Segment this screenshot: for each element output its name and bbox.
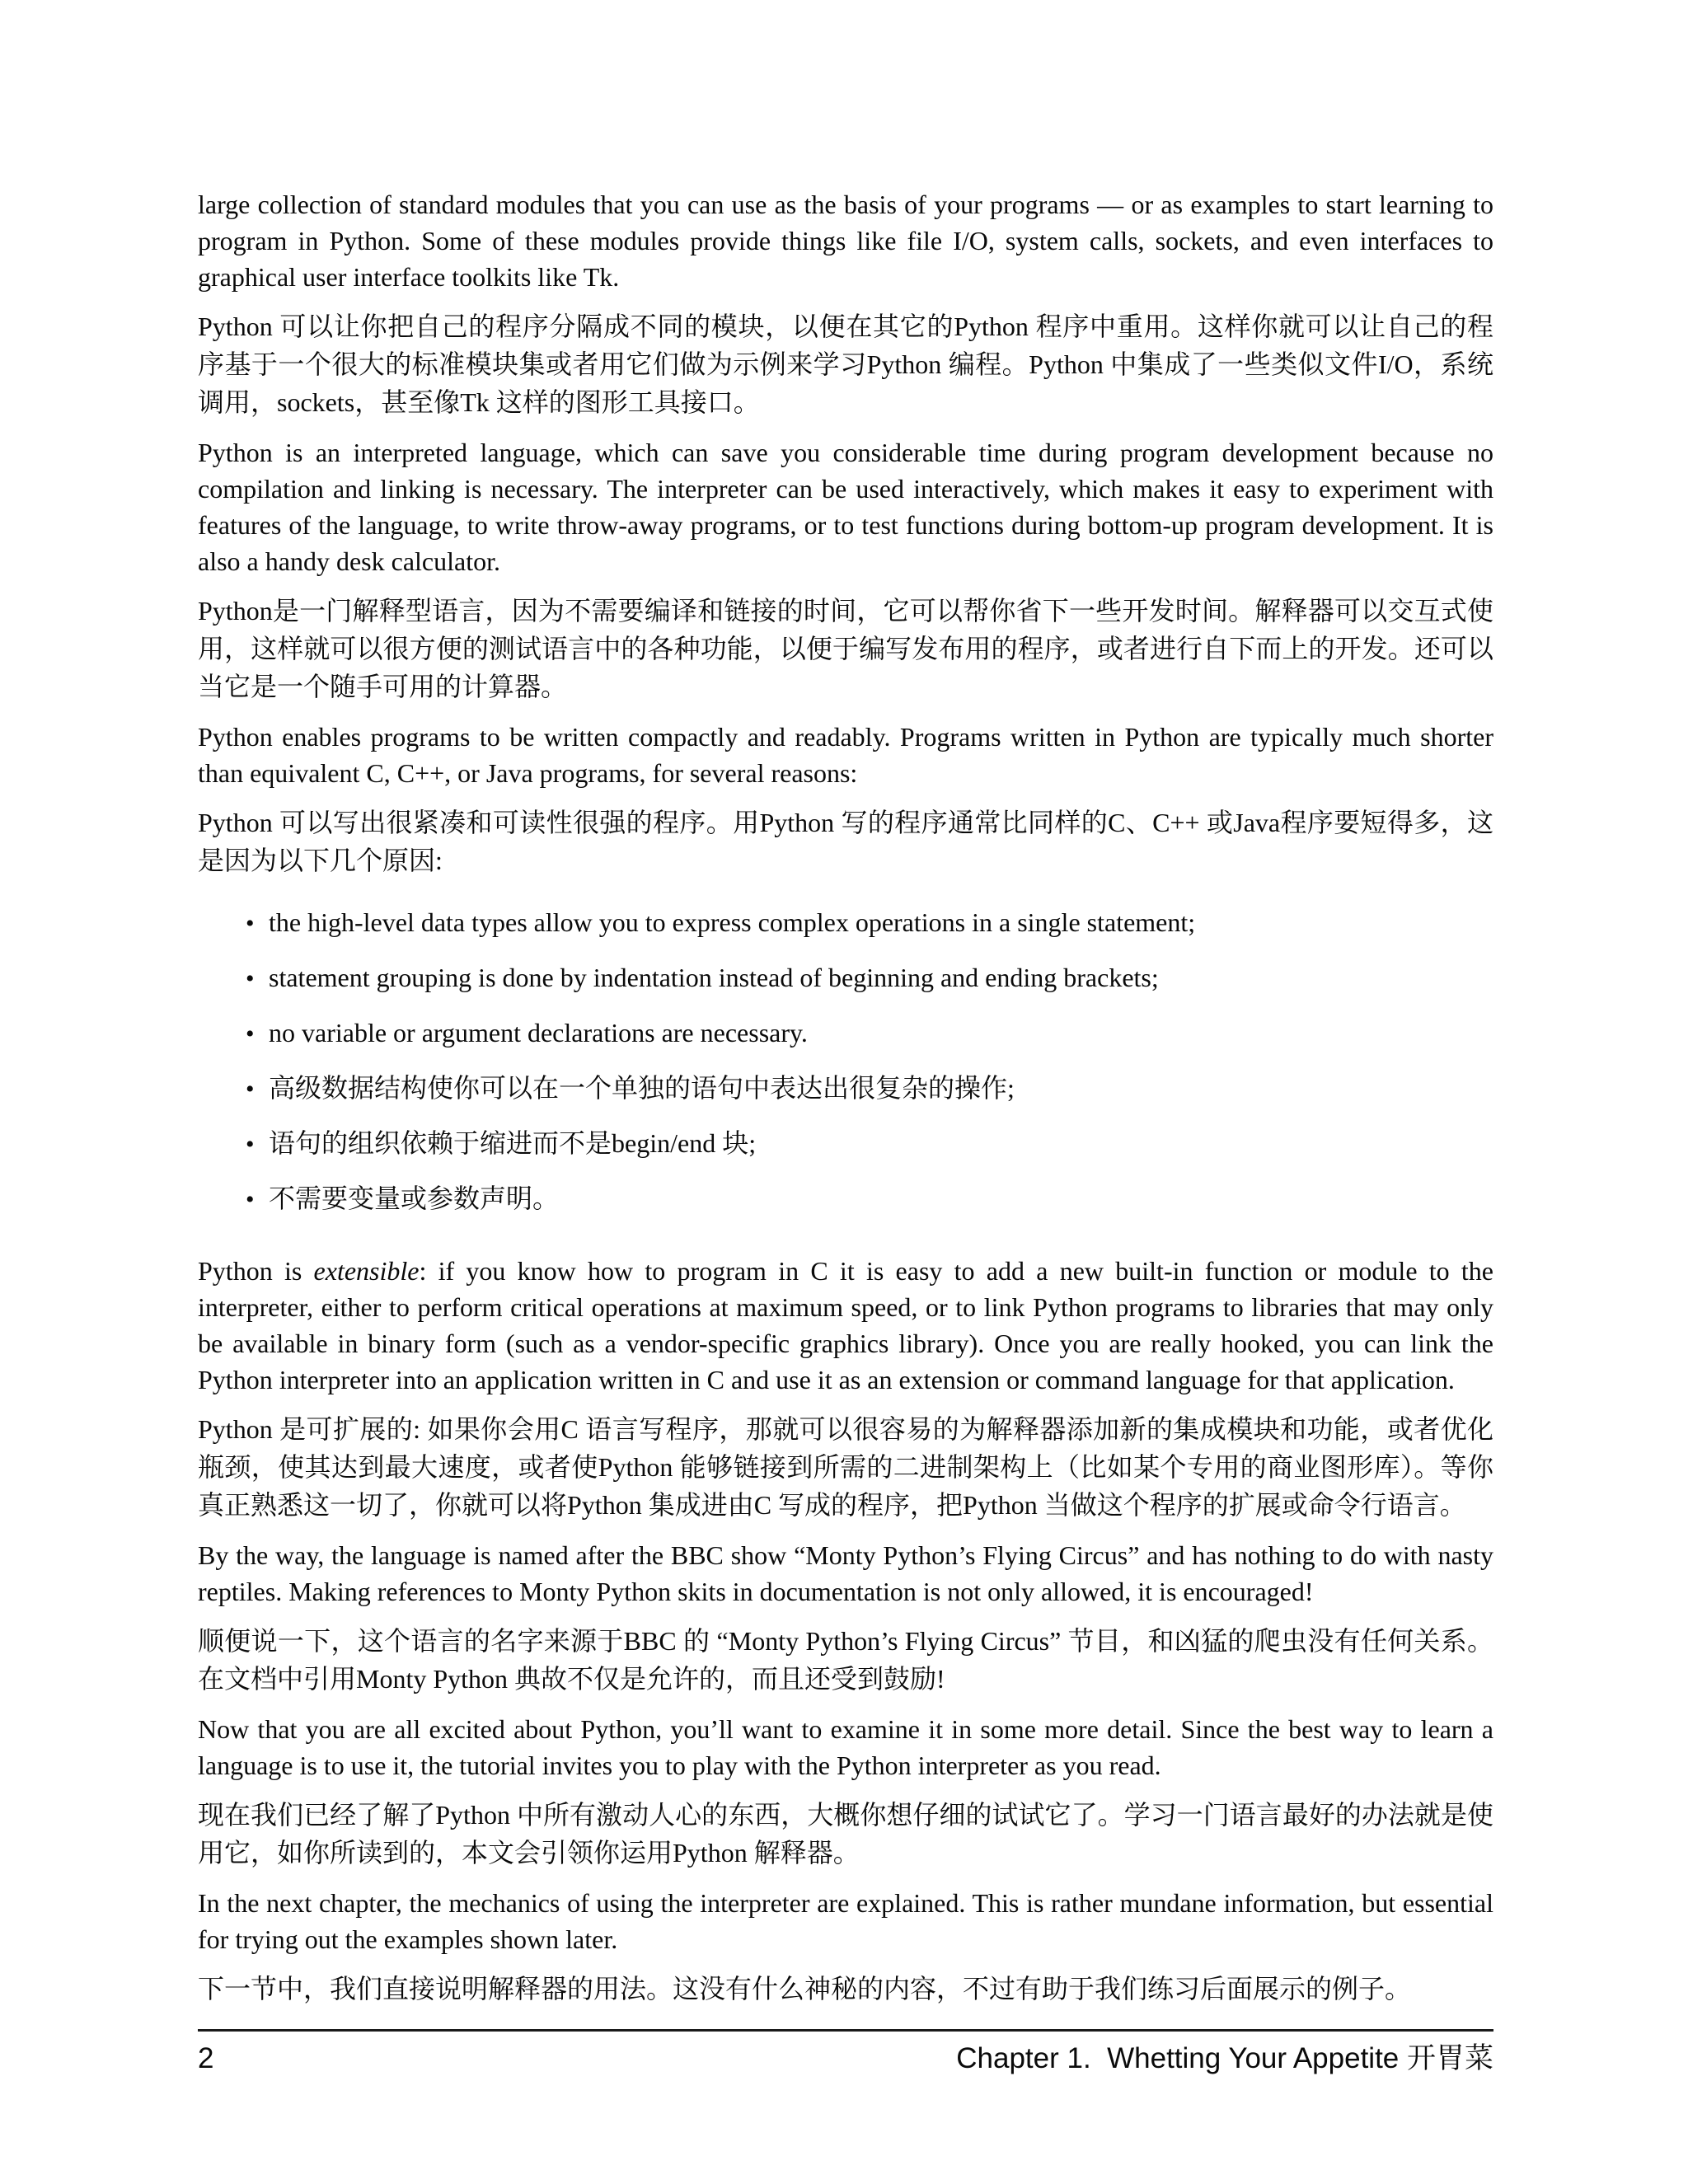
list-item: • 高级数据结构使你可以在一个单独的语句中表达出很复杂的操作; (198, 1070, 1493, 1108)
footer-chapter-title: Chapter 1. Whetting Your Appetite 开胃菜 (956, 2042, 1493, 2075)
list-item: • 不需要变量或参数声明。 (198, 1180, 1493, 1218)
list-item: • 语句的组织依赖于缩进而不是begin/end 块; (198, 1125, 1493, 1163)
list-item-text: 高级数据结构使你可以在一个单独的语句中表达出很复杂的操作; (269, 1070, 1015, 1106)
paragraph-stdlib-zh: Python 可以让你把自己的程序分隔成不同的模块，以便在其它的Python 程… (198, 307, 1493, 421)
paragraph-interpreted-zh: Python是一门解释型语言，因为不需要编译和链接的时间，它可以帮你省下一些开发… (198, 592, 1493, 705)
paragraph-bbc-en: By the way, the language is named after … (198, 1537, 1493, 1610)
list-item-text: 不需要变量或参数声明。 (269, 1180, 559, 1216)
document-page: large collection of standard modules tha… (0, 0, 1688, 2184)
footer-divider (198, 2029, 1493, 2032)
list-item: • no variable or argument declarations a… (198, 1015, 1493, 1052)
list-item: • the high-level data types allow you to… (198, 904, 1493, 942)
bullet-icon: • (246, 906, 269, 942)
list-item-text: statement grouping is done by indentatio… (269, 959, 1159, 996)
paragraph-compact-zh: Python 可以写出很紧凑和可读性很强的程序。用Python 写的程序通常比同… (198, 804, 1493, 879)
page-body: large collection of standard modules tha… (198, 186, 1493, 2021)
bullet-icon: • (246, 961, 269, 997)
paragraph-stdlib-en: large collection of standard modules tha… (198, 186, 1493, 295)
list-item-text: 语句的组织依赖于缩进而不是begin/end 块; (269, 1125, 756, 1161)
paragraph-excited-zh: 现在我们已经了解了Python 中所有激动人心的东西，大概你想仔细的试试它了。学… (198, 1796, 1493, 1872)
paragraph-interpreted-en: Python is an interpreted language, which… (198, 434, 1493, 579)
paragraph-extensible-en: Python is extensible: if you know how to… (198, 1253, 1493, 1398)
reasons-list: • the high-level data types allow you to… (198, 904, 1493, 1218)
bullet-icon: • (246, 1016, 269, 1052)
list-item: • statement grouping is done by indentat… (198, 959, 1493, 997)
list-item-text: the high-level data types allow you to e… (269, 904, 1195, 940)
page-number: 2 (198, 2042, 213, 2075)
paragraph-bbc-zh: 顺便说一下，这个语言的名字来源于BBC 的 “Monty Python’s Fl… (198, 1622, 1493, 1698)
paragraph-compact-en: Python enables programs to be written co… (198, 719, 1493, 791)
page-footer: 2 Chapter 1. Whetting Your Appetite 开胃菜 (198, 2042, 1493, 2075)
list-item-text: no variable or argument declarations are… (269, 1015, 808, 1051)
text-run: Python is (198, 1256, 314, 1286)
bullet-icon: • (246, 1127, 269, 1163)
paragraph-extensible-zh: Python 是可扩展的: 如果你会用C 语言写程序，那就可以很容易的为解释器添… (198, 1410, 1493, 1524)
paragraph-nextchapter-en: In the next chapter, the mechanics of us… (198, 1885, 1493, 1957)
paragraph-excited-en: Now that you are all excited about Pytho… (198, 1711, 1493, 1783)
bullet-icon: • (246, 1071, 269, 1108)
emphasis-extensible: extensible (314, 1256, 420, 1286)
paragraph-nextchapter-zh: 下一节中，我们直接说明解释器的用法。这没有什么神秘的内容，不过有助于我们练习后面… (198, 1970, 1493, 2008)
bullet-icon: • (246, 1182, 269, 1218)
